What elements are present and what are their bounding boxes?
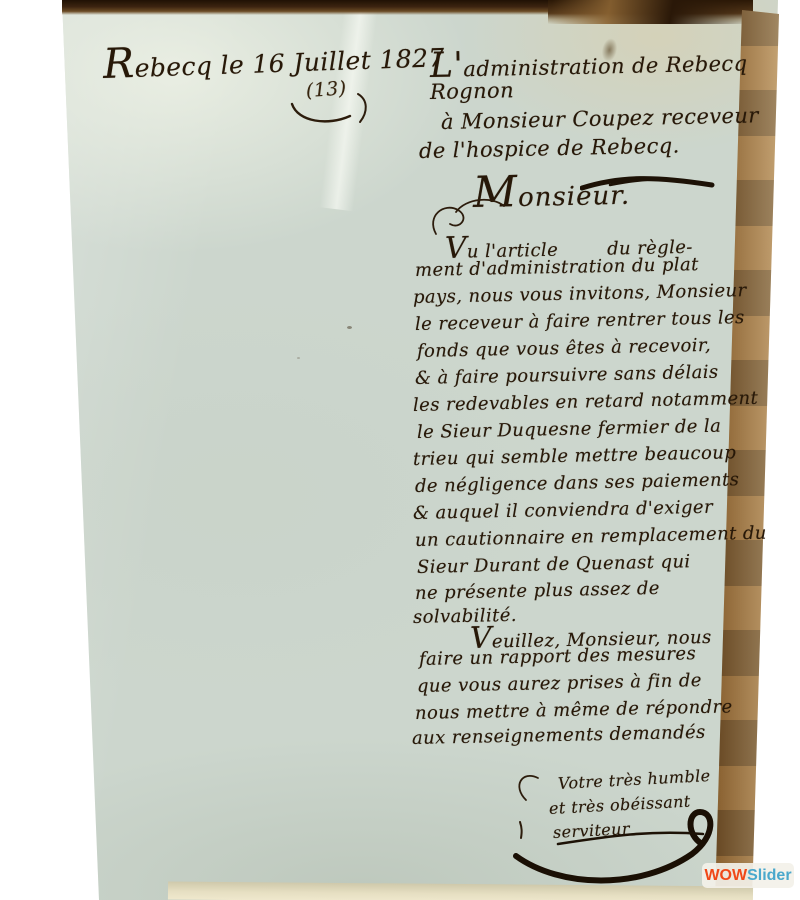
wowslider-watermark[interactable]: WOWSlider <box>702 863 794 888</box>
addressor-line-2: Rognon <box>430 78 514 104</box>
ink-speck <box>297 357 300 359</box>
salutation: Monsieur. <box>472 165 630 218</box>
photo-background: Rebecq le 16 Juillet 1827 (13) L'adminis… <box>0 0 800 900</box>
watermark-wow: WOW <box>704 867 747 885</box>
page-top-edge-right <box>548 0 753 24</box>
closing-line: serviteur <box>553 819 631 842</box>
ink-speck <box>347 326 352 329</box>
dateline-note: (13) <box>305 77 347 102</box>
watermark-slider: Slider <box>747 867 791 885</box>
